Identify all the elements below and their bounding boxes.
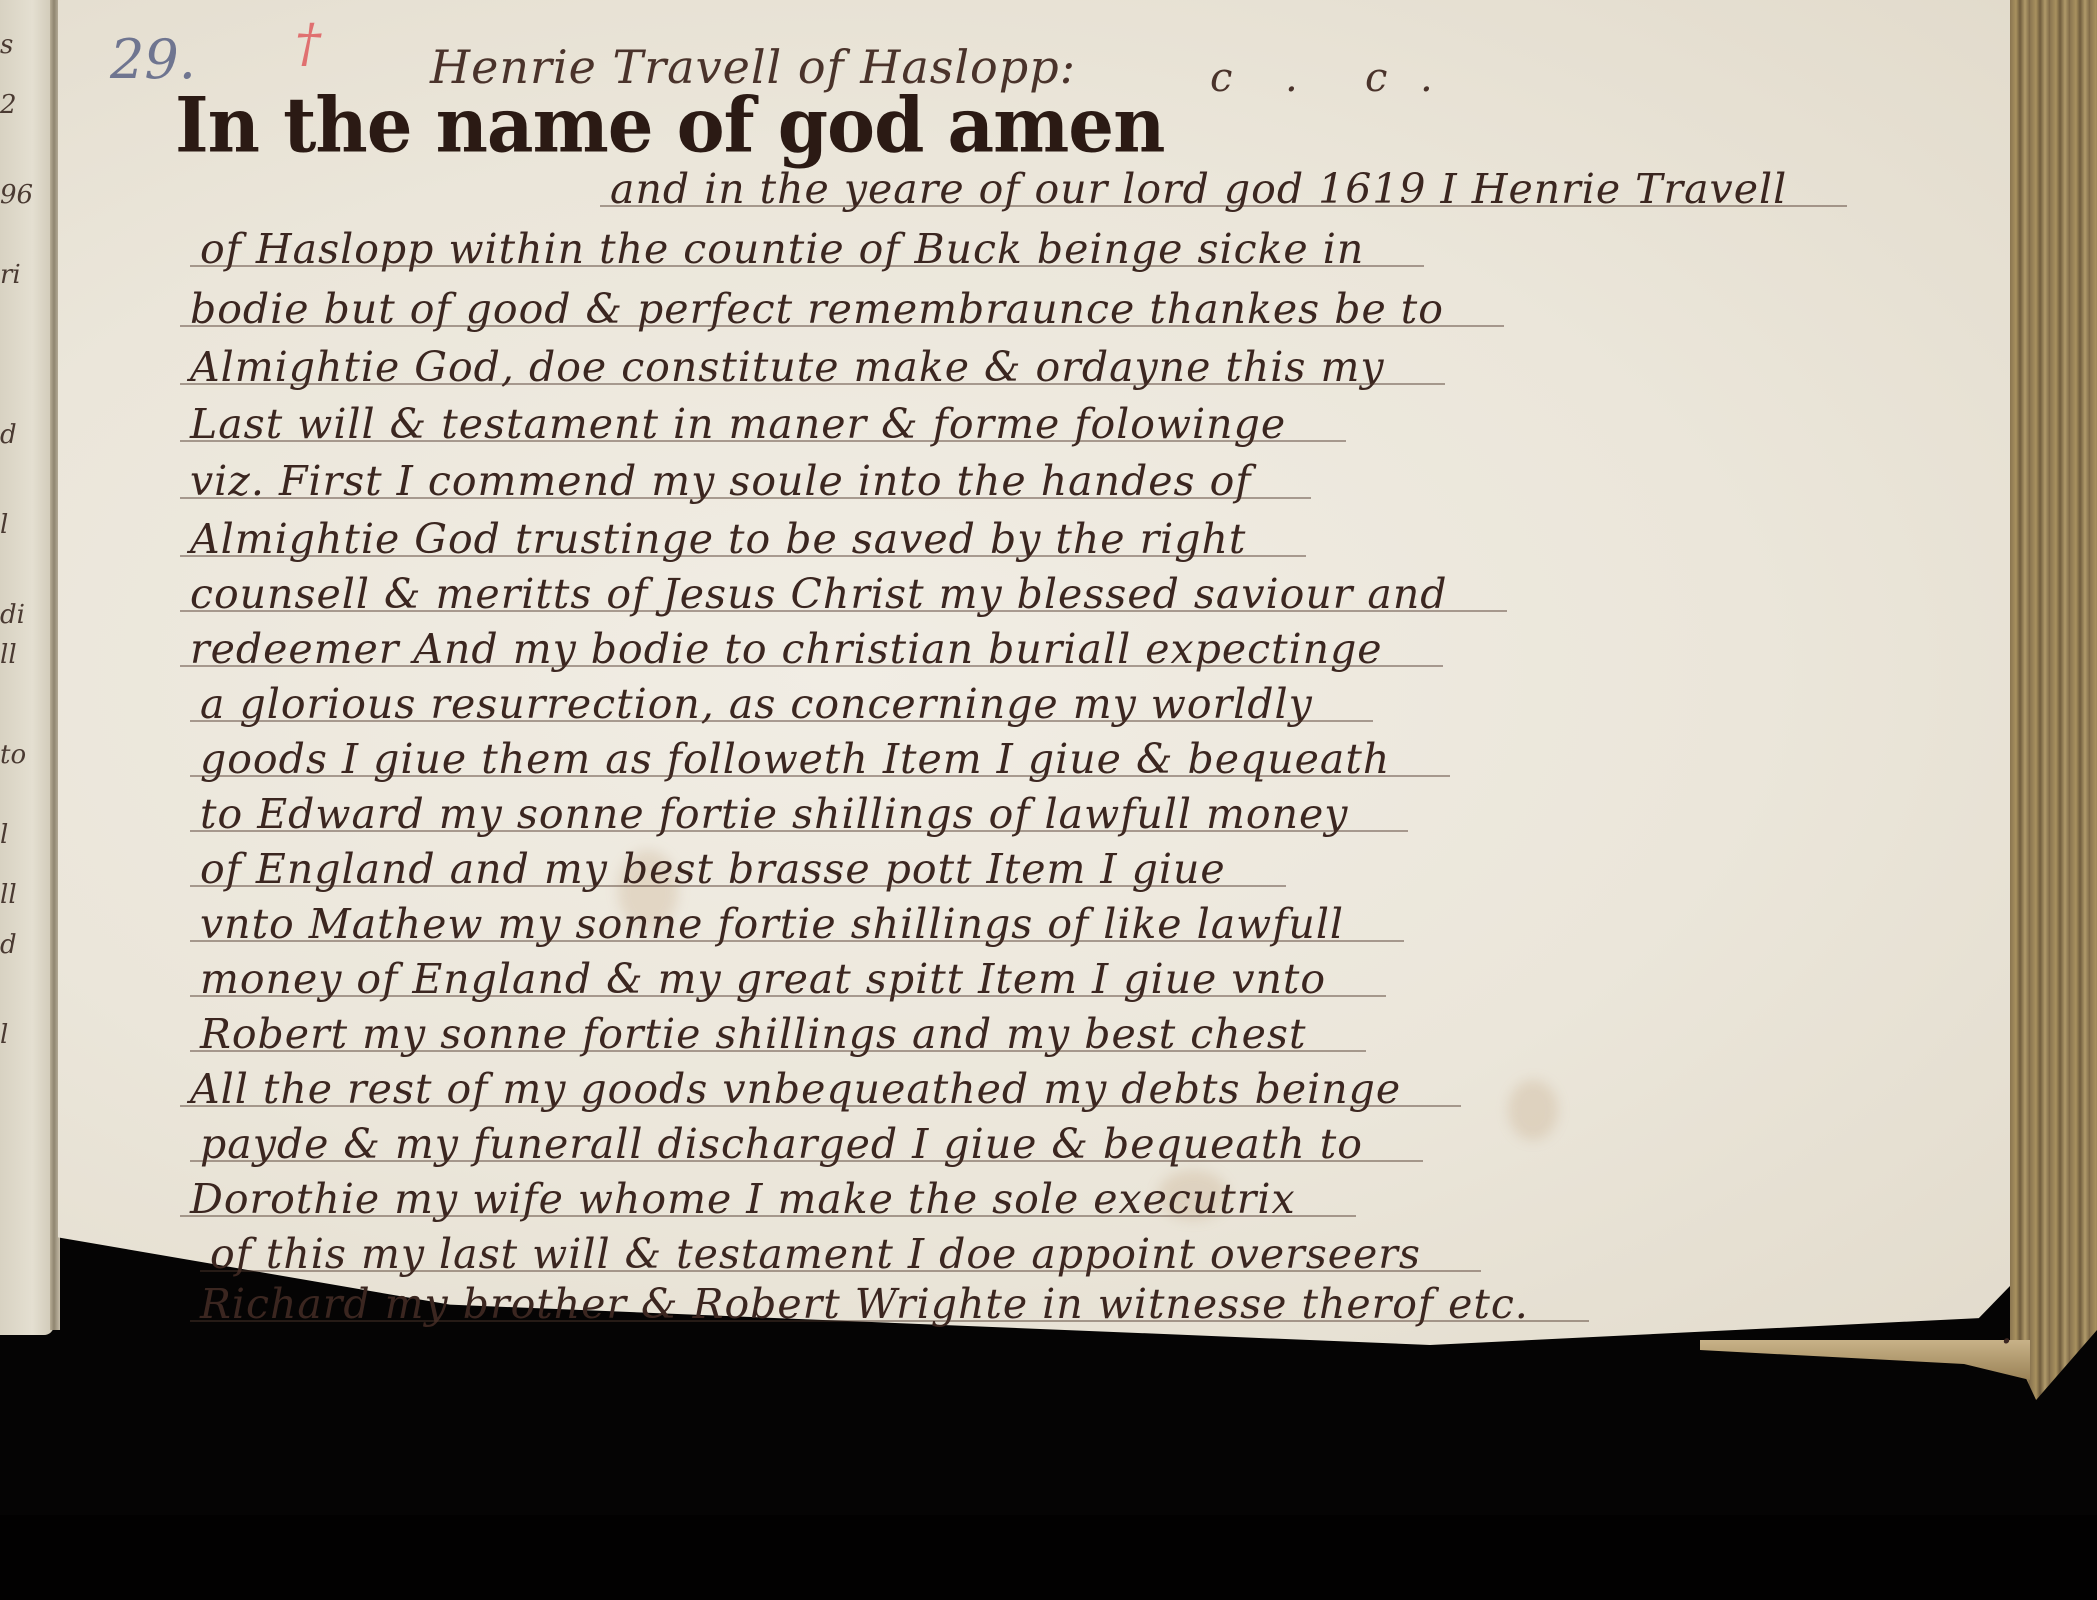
text-line: Almightie God, doe constitute make & ord… <box>190 343 1385 391</box>
text-line: to Edward my sonne fortie shillings of l… <box>200 790 1348 838</box>
text-line: All the rest of my goods vnbequeathed my… <box>190 1065 1401 1113</box>
text-line: Robert my sonne fortie shillings and my … <box>200 1010 1306 1058</box>
text-line: a glorious resurrection, as concerninge … <box>200 680 1313 728</box>
heading-flourish: c <box>1210 55 1232 101</box>
left-margin-fragment: 2 <box>0 90 50 120</box>
heading-dot: . <box>1285 55 1298 101</box>
heading-flourish: c <box>1365 55 1387 101</box>
text-line: and in the yeare of our lord god 1619 I … <box>610 165 1787 213</box>
paper-stain <box>1508 1080 1558 1140</box>
left-margin-fragment: s <box>0 30 50 60</box>
text-line: redeemer And my bodie to christian buria… <box>190 625 1383 673</box>
left-margin-fragment: 96 <box>0 180 50 210</box>
left-margin-fragment: ll <box>0 640 50 670</box>
text-line: money of England & my great spitt Item I… <box>200 955 1326 1003</box>
text-line: Last will & testament in maner & forme f… <box>190 400 1286 448</box>
left-margin-fragment: ll <box>0 880 50 910</box>
text-line: viz. First I commend my soule into the h… <box>190 457 1251 505</box>
left-margin-fragment: to <box>0 740 50 770</box>
invocation-heading: In the name of god amen <box>175 80 1164 169</box>
red-ink-mark: † <box>295 14 321 74</box>
text-line: of England and my best brasse pott Item … <box>200 845 1226 893</box>
text-line: of this my last will & testament I doe a… <box>210 1230 1421 1278</box>
left-margin-fragment: di <box>0 600 50 630</box>
heading-dot: . <box>1420 55 1433 101</box>
left-margin-fragment: ri <box>0 260 50 290</box>
left-page-edge: s 2 96 ri d l di ll to l ll d l <box>0 0 54 1335</box>
left-margin-fragment: l <box>0 1020 50 1050</box>
left-margin-fragment: d <box>0 930 50 960</box>
text-line: vnto Mathew my sonne fortie shillings of… <box>200 900 1344 948</box>
closing-mark: . <box>2000 1305 2014 1353</box>
text-line: Almightie God trustinge to be saved by t… <box>190 515 1246 563</box>
text-line: of Haslopp within the countie of Buck be… <box>200 225 1364 273</box>
background-band <box>0 1515 2097 1600</box>
left-margin-fragment: l <box>0 510 50 540</box>
page-bottom-edge <box>1700 1340 2030 1380</box>
left-margin-fragment: l <box>0 820 50 850</box>
text-line: payde & my funerall discharged I giue & … <box>200 1120 1363 1168</box>
text-line: goods I giue them as followeth Item I gi… <box>200 735 1390 783</box>
text-line: counsell & meritts of Jesus Christ my bl… <box>190 570 1447 618</box>
page-edges-binding <box>2010 0 2097 1400</box>
left-margin-fragment: d <box>0 420 50 450</box>
text-line: Richard my brother & Robert Wrighte in w… <box>200 1280 1529 1328</box>
text-line: Dorothie my wife whome I make the sole e… <box>190 1175 1296 1223</box>
text-line: bodie but of good & perfect remembraunce… <box>190 285 1444 333</box>
